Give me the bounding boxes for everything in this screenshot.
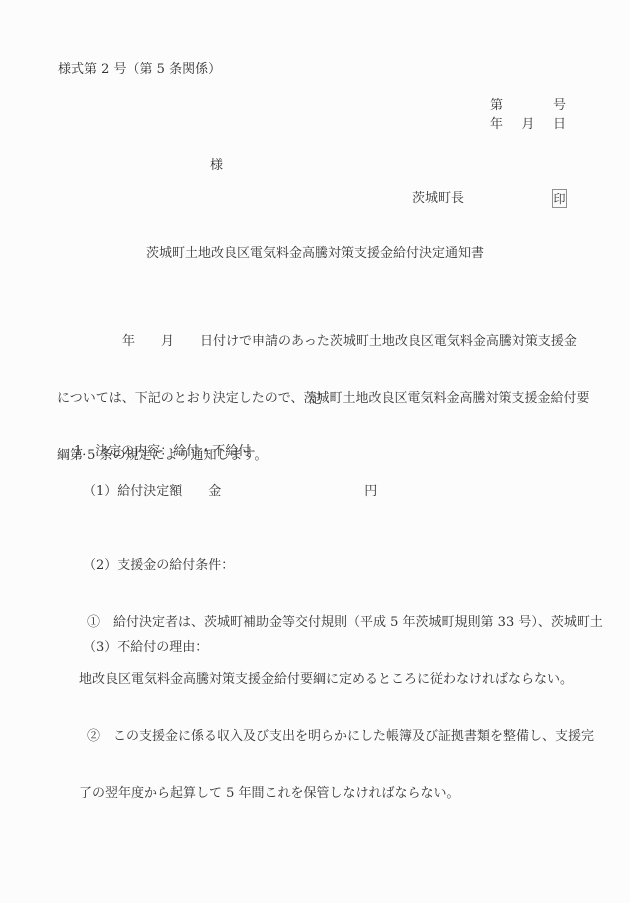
subsection-grant-conditions: （2）支援金の給付条件： ① 給付決定者は、茨城町補助金等交付規則（平成 5 年… bbox=[57, 518, 603, 841]
document-page: 様式第 2 号（第 5 条関係） 第 号 年 月 日 様 茨城町長 印 茨城町土… bbox=[0, 0, 630, 903]
condition-1-line-2: 地改良区電気料金高騰対策支援金給付要綱に定めるところに従わなければならない。 bbox=[79, 670, 603, 689]
form-number: 様式第 2 号（第 5 条関係） bbox=[58, 60, 221, 79]
condition-1-line-1: ① 給付決定者は、茨城町補助金等交付規則（平成 5 年茨城町規則第 33 号）、… bbox=[87, 613, 603, 632]
record-marker: 記 bbox=[0, 390, 630, 409]
document-number-prefix: 第 bbox=[490, 96, 503, 115]
addressee-honorific: 様 bbox=[210, 156, 223, 175]
subsection-non-grant-reason: （3）不給付の理由： bbox=[83, 638, 208, 657]
condition-2-line-2: 了の翌年度から起算して 5 年間これを保管しなければならない。 bbox=[79, 784, 603, 803]
document-number-suffix: 号 bbox=[553, 96, 566, 115]
seal-stamp-box: 印 bbox=[552, 189, 567, 208]
subsection-grant-amount: （1）給付決定額 金 円 bbox=[83, 482, 377, 501]
document-title: 茨城町土地改良区電気料金高騰対策支援金給付決定通知書 bbox=[0, 244, 630, 263]
date-line: 年 月 日 bbox=[490, 115, 566, 134]
grant-conditions-heading: （2）支援金の給付条件： bbox=[83, 556, 603, 575]
section-decision-content: 1．決定の内容：給付・不給付 bbox=[74, 442, 251, 461]
date-day-label: 日 bbox=[553, 115, 566, 134]
body-line-1: 年 月 日付けで申請のあった茨城町土地改良区電気料金高騰対策支援金 bbox=[57, 332, 589, 351]
document-number-line: 第 号 bbox=[490, 96, 566, 115]
date-year-label: 年 bbox=[490, 115, 503, 134]
condition-2-line-1: ② この支援金に係る収入及び支出を明らかにした帳簿及び証拠書類を整備し、支援完 bbox=[87, 727, 603, 746]
date-month-label: 月 bbox=[521, 115, 534, 134]
issuer-title: 茨城町長 bbox=[412, 189, 464, 208]
